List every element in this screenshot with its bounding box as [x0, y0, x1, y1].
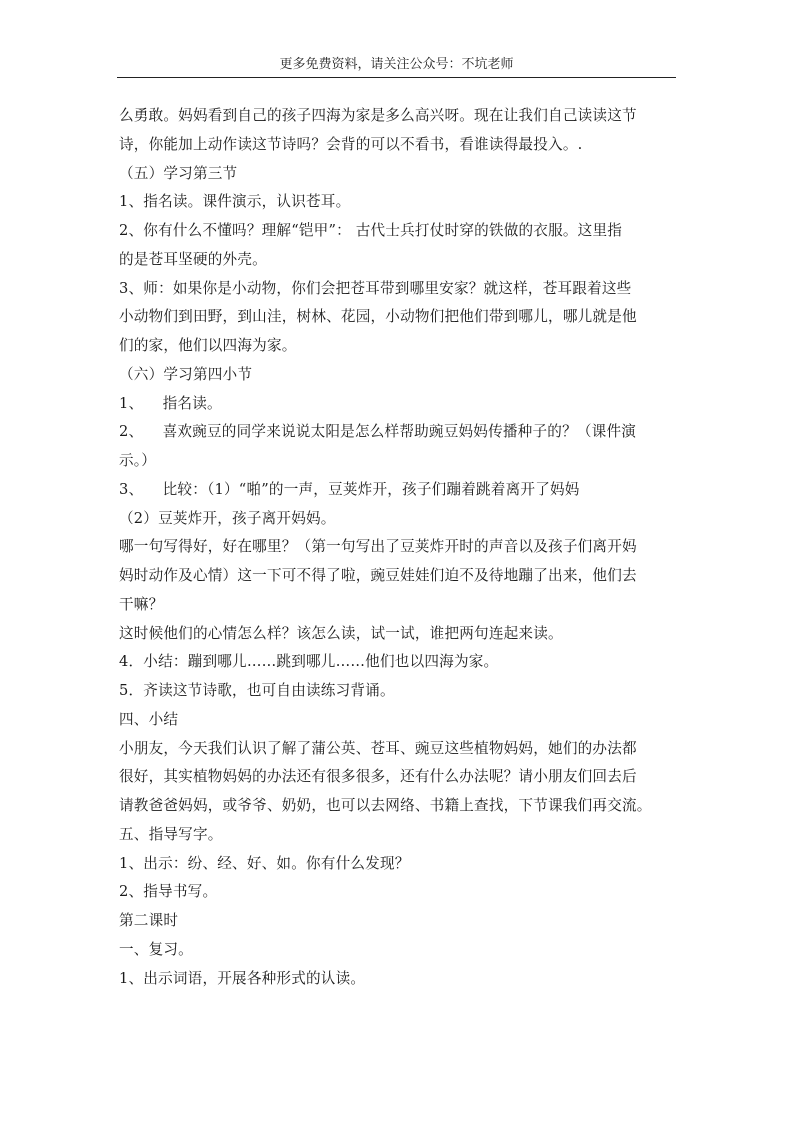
text-line: 很好，其实植物妈妈的办法还有很多很多，还有什么办法呢？请小朋友们回去后	[119, 763, 679, 792]
document-page: 更多免费资料，请关注公众号：不坑老师 么勇敢。妈妈看到自己的孩子四海为家是多么高…	[0, 0, 793, 1122]
text-line: 1、出示词语，开展各种形式的认读。	[119, 965, 679, 994]
text-line: 4．小结：蹦到哪儿……跳到哪儿……他们也以四海为家。	[119, 648, 679, 677]
text-line: 妈时动作及心情）这一下可不得了啦，豌豆娃娃们迫不及待地蹦了出来，他们去	[119, 562, 679, 591]
section-heading: 一、复习。	[119, 936, 679, 965]
text-line: 2、你有什么不懂吗？理解“铠甲”： 古代士兵打仗时穿的铁做的衣服。这里指	[119, 217, 679, 246]
text-line: 这时候他们的心情怎么样？该怎么读，试一试，谁把两句连起来读。	[119, 620, 679, 649]
text-line: 小朋友，今天我们认识了解了蒲公英、苍耳、豌豆这些植物妈妈，她们的办法都	[119, 735, 679, 764]
text-line: 2、 喜欢豌豆的同学来说说太阳是怎么样帮助豌豆妈妈传播种子的？（课件演	[119, 418, 679, 447]
header-divider	[117, 77, 676, 78]
page-header-text: 更多免费资料，请关注公众号：不坑老师	[117, 56, 676, 74]
text-line: 小动物们到田野，到山洼，树林、花园，小动物们把他们带到哪儿，哪儿就是他	[119, 303, 679, 332]
section-heading: （五）学习第三节	[119, 160, 679, 189]
text-line: 示。）	[119, 447, 679, 476]
text-line: 干嘛？	[119, 591, 679, 620]
text-line: 们的家，他们以四海为家。	[119, 332, 679, 361]
text-line: 2、指导书写。	[119, 878, 679, 907]
section-heading: （六）学习第四小节	[119, 361, 679, 390]
text-line: 1、出示：纷、经、好、如。你有什么发现？	[119, 850, 679, 879]
text-line: 1、 指名读。	[119, 390, 679, 419]
text-line: 3、 比较：（1）“啪”的一声，豆荚炸开，孩子们蹦着跳着离开了妈妈	[119, 476, 679, 505]
text-line: 3、师：如果你是小动物，你们会把苍耳带到哪里安家？就这样，苍耳跟着这些	[119, 275, 679, 304]
text-line: 5．齐读这节诗歌，也可自由读练习背诵。	[119, 677, 679, 706]
text-line: 么勇敢。妈妈看到自己的孩子四海为家是多么高兴呀。现在让我们自己读读这节	[119, 102, 679, 131]
text-line: 诗，你能加上动作读这节诗吗？会背的可以不看书，看谁读得最投入。.	[119, 131, 679, 160]
text-line: 哪一句写得好，好在哪里？（第一句写出了豆荚炸开时的声音以及孩子们离开妈	[119, 533, 679, 562]
section-heading: 第二课时	[119, 907, 679, 936]
text-line: 请教爸爸妈妈，或爷爷、奶奶，也可以去网络、书籍上查找，下节课我们再交流。	[119, 792, 679, 821]
document-body: 么勇敢。妈妈看到自己的孩子四海为家是多么高兴呀。现在让我们自己读读这节 诗，你能…	[119, 102, 679, 993]
text-line: 的是苍耳坚硬的外壳。	[119, 246, 679, 275]
text-line: 1、指名读。课件演示，认识苍耳。	[119, 188, 679, 217]
text-line: （2）豆荚炸开，孩子离开妈妈。	[119, 505, 679, 534]
section-heading: 四、小结	[119, 706, 679, 735]
section-heading: 五、指导写字。	[119, 821, 679, 850]
